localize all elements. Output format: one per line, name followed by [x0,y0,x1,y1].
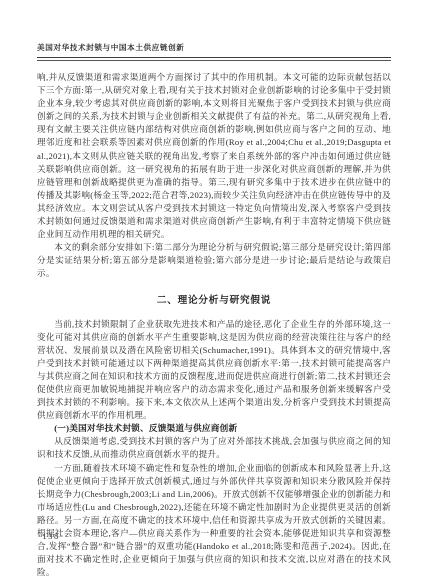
paragraph-feedback-channel: 从反馈渠道考虑,受到技术封锁的客户为了应对外部技术挑战,会加强与供应商之间的知识… [37,435,391,461]
page-body: 响,并从反馈渠道和需求渠道两个方面探讨了其中的作用机制。本文可能的边际贡献包括以… [37,71,391,579]
page-header: 美国对华技术封锁与中国本土供应链创新 [37,42,391,61]
page-number: ·138· [38,531,64,541]
document-page: 美国对华技术封锁与中国本土供应链创新 响,并从反馈渠道和需求渠道两个方面探讨了其… [0,0,427,579]
paragraph-contribution: 响,并从反馈渠道和需求渠道两个方面探讨了其中的作用机制。本文可能的边际贡献包括以… [37,71,391,241]
header-double-rule [37,57,391,61]
section-heading: 二、理论分析与研究假说 [37,292,391,306]
paragraph-outline: 本文的剩余部分安排如下:第二部分为理论分析与研究假说;第三部分是研究设计;第四部… [37,241,391,280]
paragraph-theory: 当前,技术封锁限制了企业获取先进技术和产品的途径,恶化了企业生存的外部环境,这一… [37,318,391,423]
subsection-heading: (一)美国对华技术封锁、反馈渠道与供应商创新 [37,422,391,435]
paragraph-open-innovation: 一方面,随着技术环境不确定性和复杂性的增加,企业面临的创新成本和风险显著上升,这… [37,462,391,579]
running-header-title: 美国对华技术封锁与中国本土供应链创新 [37,42,391,57]
